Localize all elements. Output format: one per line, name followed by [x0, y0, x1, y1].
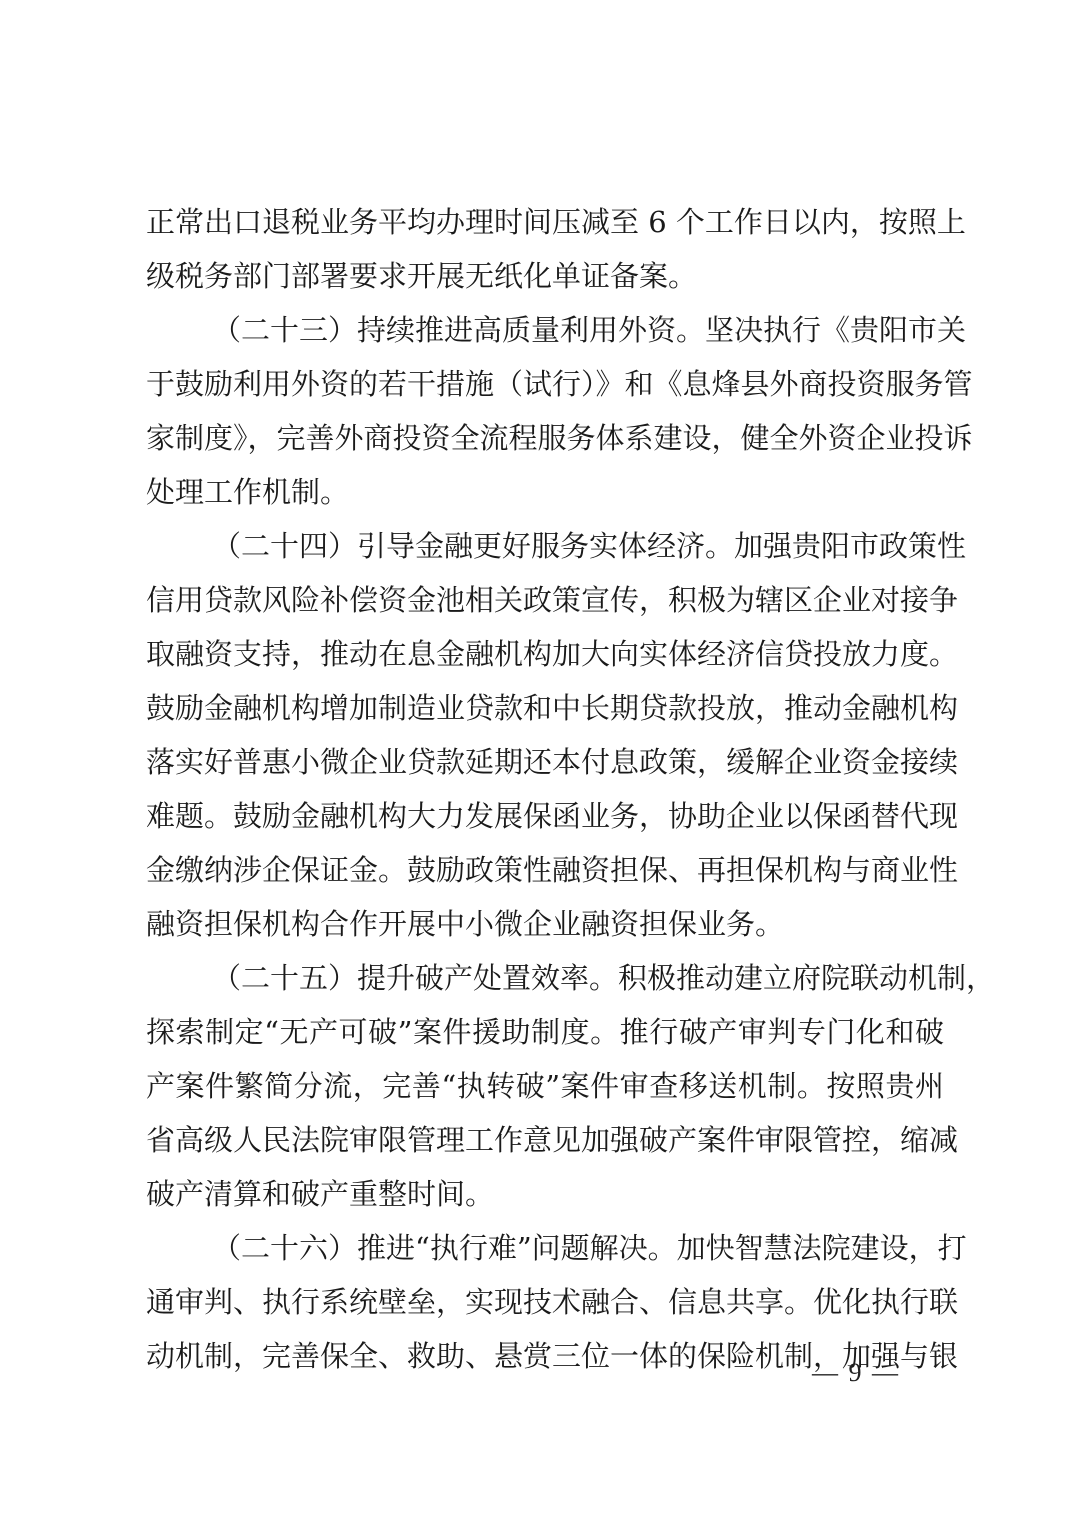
paragraph-item-25: （二十五）提升破产处置效率。积极推动建立府院联动机制， 探索制定“无产可破”案件…	[146, 951, 944, 1221]
text-line: 省高级人民法院审限管理工作意见加强破产案件审限管控，缩减	[146, 1113, 944, 1167]
text-line: 通审判、执行系统壁垒，实现技术融合、信息共享。优化执行联	[146, 1275, 944, 1329]
text-line: 落实好普惠小微企业贷款延期还本付息政策，缓解企业资金接续	[146, 735, 944, 789]
paragraph-heading-line: （二十三）持续推进高质量利用外资。坚决执行《贵阳市关	[146, 303, 944, 357]
text-line: 正常出口退税业务平均办理时间压减至 6 个工作日以内，按照上	[146, 195, 944, 249]
text-line: 家制度》，完善外商投资全流程服务体系建设，健全外资企业投诉	[146, 411, 944, 465]
paragraph-item-23: （二十三）持续推进高质量利用外资。坚决执行《贵阳市关 于鼓励利用外资的若干措施（…	[146, 303, 944, 519]
paragraph-heading-line: （二十五）提升破产处置效率。积极推动建立府院联动机制，	[146, 951, 944, 1005]
text-line: 产案件繁简分流，完善“执转破”案件审查移送机制。按照贵州	[146, 1059, 944, 1113]
text-line: 信用贷款风险补偿资金池相关政策宣传，积极为辖区企业对接争	[146, 573, 944, 627]
text-line: 难题。鼓励金融机构大力发展保函业务，协助企业以保函替代现	[146, 789, 944, 843]
document-body: 正常出口退税业务平均办理时间压减至 6 个工作日以内，按照上 级税务部门部署要求…	[146, 195, 944, 1383]
paragraph-heading-line: （二十四）引导金融更好服务实体经济。加强贵阳市政策性	[146, 519, 944, 573]
text-line: 鼓励金融机构增加制造业贷款和中长期贷款投放，推动金融机构	[146, 681, 944, 735]
paragraph-heading-line: （二十六）推进“执行难”问题解决。加快智慧法院建设，打	[146, 1221, 944, 1275]
text-line: 处理工作机制。	[146, 465, 944, 519]
text-line: 融资担保机构合作开展中小微企业融资担保业务。	[146, 897, 944, 951]
text-line: 取融资支持，推动在息金融机构加大向实体经济信贷投放力度。	[146, 627, 944, 681]
page-number: — 9 —	[812, 1358, 900, 1388]
text-line: 于鼓励利用外资的若干措施（试行）》和《息烽县外商投资服务管	[146, 357, 944, 411]
paragraph-item-24: （二十四）引导金融更好服务实体经济。加强贵阳市政策性 信用贷款风险补偿资金池相关…	[146, 519, 944, 951]
text-line: 级税务部门部署要求开展无纸化单证备案。	[146, 249, 944, 303]
text-line: 探索制定“无产可破”案件援助制度。推行破产审判专门化和破	[146, 1005, 944, 1059]
paragraph-continuation: 正常出口退税业务平均办理时间压减至 6 个工作日以内，按照上 级税务部门部署要求…	[146, 195, 944, 303]
text-line: 金缴纳涉企保证金。鼓励政策性融资担保、再担保机构与商业性	[146, 843, 944, 897]
text-line: 破产清算和破产重整时间。	[146, 1167, 944, 1221]
